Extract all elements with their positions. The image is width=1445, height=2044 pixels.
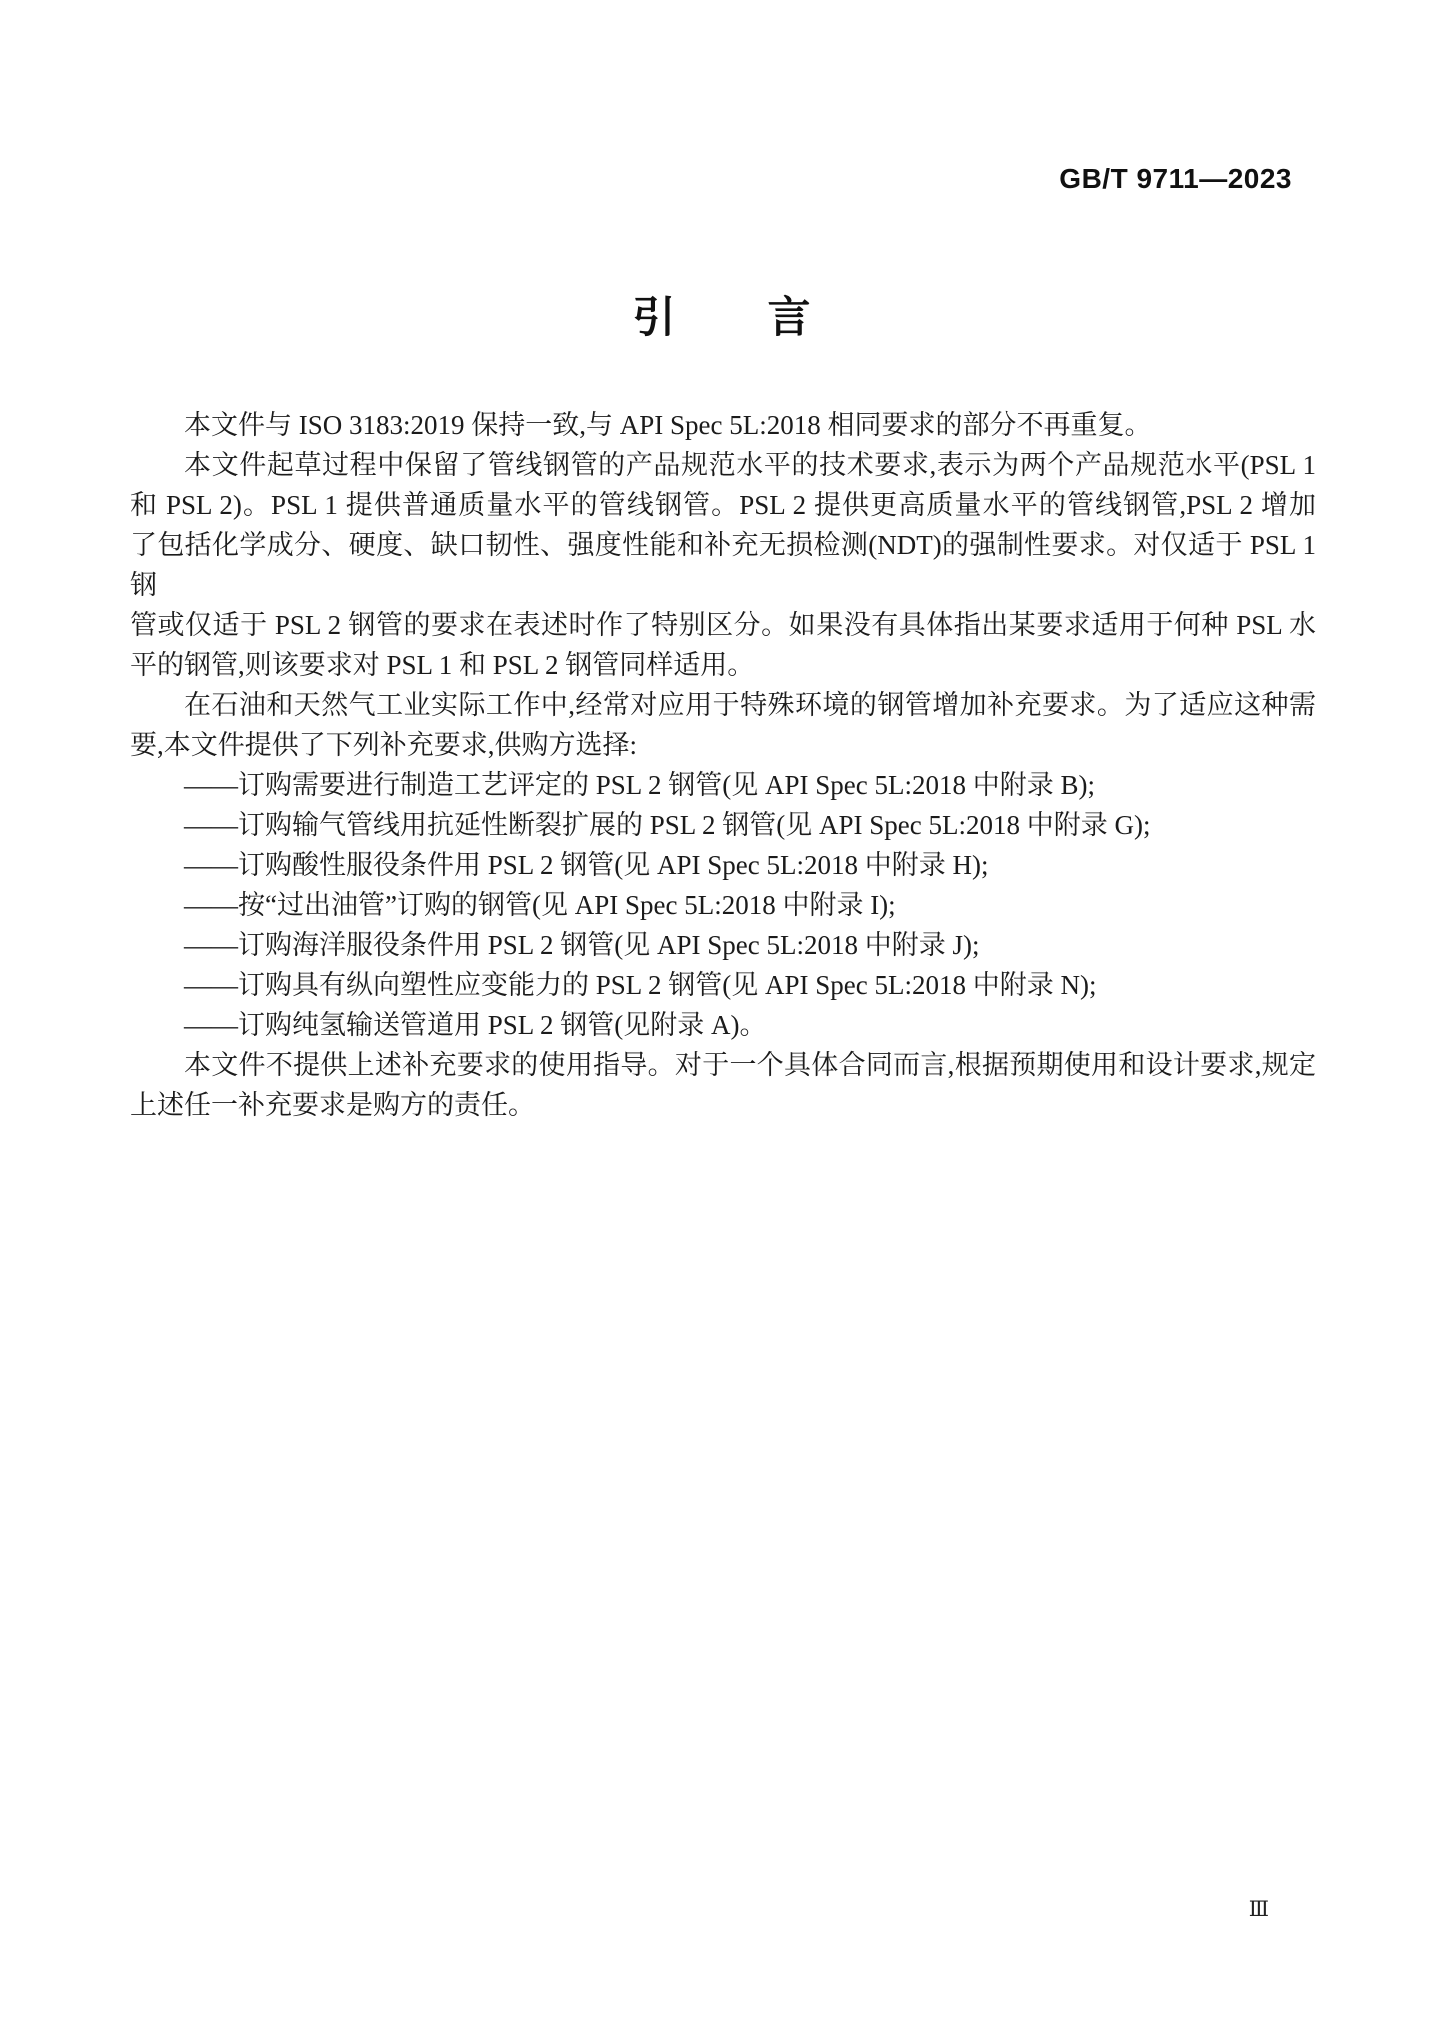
body-line: 平的钢管,则该要求对 PSL 1 和 PSL 2 钢管同样适用。 bbox=[130, 645, 1316, 685]
body-line: 了包括化学成分、硬度、缺口韧性、强度性能和补充无损检测(NDT)的强制性要求。对… bbox=[130, 525, 1316, 605]
body-line: 本文件与 ISO 3183:2019 保持一致,与 API Spec 5L:20… bbox=[130, 405, 1316, 445]
body-text: 本文件与 ISO 3183:2019 保持一致,与 API Spec 5L:20… bbox=[130, 405, 1316, 1125]
body-line: 要,本文件提供了下列补充要求,供购方选择: bbox=[130, 725, 1316, 765]
body-line: 在石油和天然气工业实际工作中,经常对应用于特殊环境的钢管增加补充要求。为了适应这… bbox=[130, 685, 1316, 725]
body-line: 上述任一补充要求是购方的责任。 bbox=[130, 1085, 1316, 1125]
list-item: ——订购海洋服役条件用 PSL 2 钢管(见 API Spec 5L:2018 … bbox=[130, 925, 1316, 965]
list-item: ——订购输气管线用抗延性断裂扩展的 PSL 2 钢管(见 API Spec 5L… bbox=[130, 805, 1316, 845]
page-number: Ⅲ bbox=[1249, 1897, 1269, 1922]
list-item: ——按“过出油管”订购的钢管(见 API Spec 5L:2018 中附录 I)… bbox=[130, 885, 1316, 925]
page-title: 引 言 bbox=[0, 284, 1445, 345]
list-item: ——订购纯氢输送管道用 PSL 2 钢管(见附录 A)。 bbox=[130, 1005, 1316, 1045]
list-item: ——订购酸性服役条件用 PSL 2 钢管(见 API Spec 5L:2018 … bbox=[130, 845, 1316, 885]
body-line: 和 PSL 2)。PSL 1 提供普通质量水平的管线钢管。PSL 2 提供更高质… bbox=[130, 485, 1316, 525]
body-line: 本文件不提供上述补充要求的使用指导。对于一个具体合同而言,根据预期使用和设计要求… bbox=[130, 1045, 1316, 1085]
standard-code-header: GB/T 9711—2023 bbox=[1059, 163, 1292, 195]
document-page: GB/T 9711—2023 引 言 本文件与 ISO 3183:2019 保持… bbox=[0, 0, 1445, 2044]
list-item: ——订购需要进行制造工艺评定的 PSL 2 钢管(见 API Spec 5L:2… bbox=[130, 765, 1316, 805]
body-line: 本文件起草过程中保留了管线钢管的产品规范水平的技术要求,表示为两个产品规范水平(… bbox=[130, 445, 1316, 485]
body-line: 管或仅适于 PSL 2 钢管的要求在表述时作了特别区分。如果没有具体指出某要求适… bbox=[130, 605, 1316, 645]
list-item: ——订购具有纵向塑性应变能力的 PSL 2 钢管(见 API Spec 5L:2… bbox=[130, 965, 1316, 1005]
